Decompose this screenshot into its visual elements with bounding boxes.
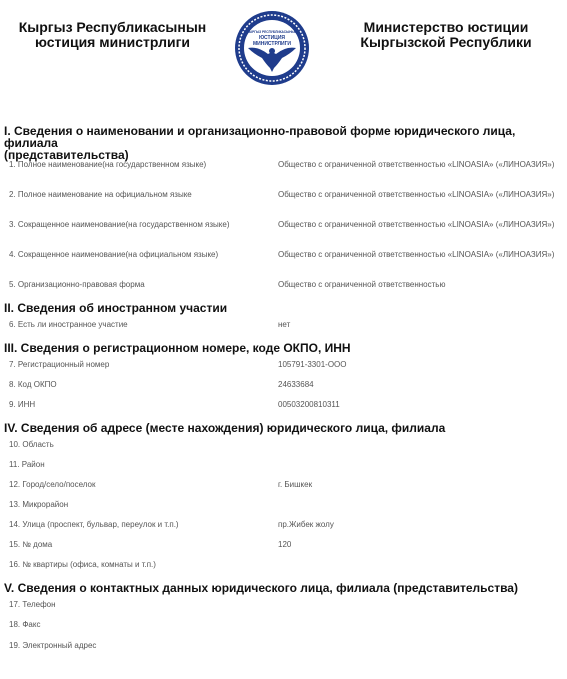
field-label: 17. Телефон	[9, 600, 56, 609]
field-value: нет	[278, 320, 290, 329]
field-value: 105791-3301-ООО	[278, 360, 347, 369]
header-russian-title: Министерство юстиции Кыргызской Республи…	[325, 20, 567, 50]
field-row: 17. Телефон	[0, 600, 567, 612]
section-title-line: I. Сведения о наименовании и организацио…	[4, 125, 567, 149]
field-row: 7. Регистрационный номер105791-3301-ООО	[0, 360, 567, 372]
field-value: 24633684	[278, 380, 314, 389]
field-row: 1. Полное наименование(на государственно…	[0, 160, 567, 172]
svg-text:МИНИСТРЛИГИ: МИНИСТРЛИГИ	[253, 41, 291, 47]
header-left-line2: юстиция министрлиги	[0, 35, 225, 50]
field-value: Общество с ограниченной ответственностью…	[278, 250, 554, 259]
header-left-line1: Кыргыз Республикасынын	[0, 20, 225, 35]
field-label: 7. Регистрационный номер	[9, 360, 109, 369]
section-title-line: II. Сведения об иностранном участии	[4, 302, 227, 314]
field-row: 12. Город/село/поселокг. Бишкек	[0, 480, 567, 492]
field-value: 120	[278, 540, 291, 549]
header-right-line2: Кыргызской Республики	[325, 35, 567, 50]
field-label: 8. Код ОКПО	[9, 380, 57, 389]
field-row: 4. Сокращенное наименование(на официальн…	[0, 250, 567, 262]
field-value: Общество с ограниченной ответственностью…	[278, 160, 554, 169]
field-row: 19. Электронный адрес	[0, 641, 567, 653]
field-label: 13. Микрорайон	[9, 500, 68, 509]
field-row: 3. Сокращенное наименование(на государст…	[0, 220, 567, 232]
section-title-line: IV. Сведения об адресе (месте нахождения…	[4, 422, 445, 434]
field-row: 10. Область	[0, 440, 567, 452]
svg-text:КЫРГЫЗ РЕСПУБЛИКАСЫНЫН: КЫРГЫЗ РЕСПУБЛИКАСЫНЫН	[247, 30, 298, 34]
field-label: 16. № квартиры (офиса, комнаты и т.п.)	[9, 560, 156, 569]
field-row: 13. Микрорайон	[0, 500, 567, 512]
field-label: 12. Город/село/поселок	[9, 480, 96, 489]
field-row: 9. ИНН00503200810311	[0, 400, 567, 412]
section-title-line: V. Сведения о контактных данных юридичес…	[4, 582, 518, 594]
field-row: 14. Улица (проспект, бульвар, переулок и…	[0, 520, 567, 532]
field-label: 3. Сокращенное наименование(на государст…	[9, 220, 230, 229]
field-row: 16. № квартиры (офиса, комнаты и т.п.)	[0, 560, 567, 572]
field-label: 2. Полное наименование на официальном яз…	[9, 190, 192, 199]
field-row: 11. Район	[0, 460, 567, 472]
document-header: Кыргыз Республикасынын юстиция министрли…	[0, 0, 567, 110]
field-label: 6. Есть ли иностранное участие	[9, 320, 128, 329]
section-title-line: III. Сведения о регистрационном номере, …	[4, 342, 351, 354]
field-value: Общество с ограниченной ответственностью…	[278, 220, 554, 229]
field-row: 15. № дома120	[0, 540, 567, 552]
section-title: IV. Сведения об адресе (месте нахождения…	[4, 422, 445, 434]
field-label: 11. Район	[9, 460, 45, 469]
field-label: 10. Область	[9, 440, 54, 449]
field-row: 6. Есть ли иностранное участиенет	[0, 320, 567, 332]
field-label: 4. Сокращенное наименование(на официальн…	[9, 250, 218, 259]
field-label: 9. ИНН	[9, 400, 35, 409]
field-label: 19. Электронный адрес	[9, 641, 96, 650]
field-label: 18. Факс	[9, 620, 40, 629]
ministry-emblem-icon: КЫРГЫЗ РЕСПУБЛИКАСЫНЫН ЮСТИЦИЯ МИНИСТРЛИ…	[234, 8, 310, 88]
field-value: 00503200810311	[278, 400, 340, 409]
field-value: Общество с ограниченной ответственностью	[278, 280, 445, 289]
field-label: 14. Улица (проспект, бульвар, переулок и…	[9, 520, 179, 529]
header-right-line1: Министерство юстиции	[325, 20, 567, 35]
field-label: 5. Организационно-правовая форма	[9, 280, 145, 289]
field-value: г. Бишкек	[278, 480, 312, 489]
field-row: 8. Код ОКПО24633684	[0, 380, 567, 392]
header-kyrgyz-title: Кыргыз Республикасынын юстиция министрли…	[0, 20, 225, 50]
field-value: Общество с ограниченной ответственностью…	[278, 190, 554, 199]
section-title: III. Сведения о регистрационном номере, …	[4, 342, 351, 354]
section-title: I. Сведения о наименовании и организацио…	[4, 125, 567, 161]
section-title: V. Сведения о контактных данных юридичес…	[4, 582, 518, 594]
field-value: пр.Жибек жолу	[278, 520, 334, 529]
field-label: 15. № дома	[9, 540, 52, 549]
section-title: II. Сведения об иностранном участии	[4, 302, 227, 314]
field-row: 18. Факс	[0, 620, 567, 632]
field-row: 2. Полное наименование на официальном яз…	[0, 190, 567, 202]
field-row: 5. Организационно-правовая формаОбщество…	[0, 280, 567, 292]
field-label: 1. Полное наименование(на государственно…	[9, 160, 206, 169]
